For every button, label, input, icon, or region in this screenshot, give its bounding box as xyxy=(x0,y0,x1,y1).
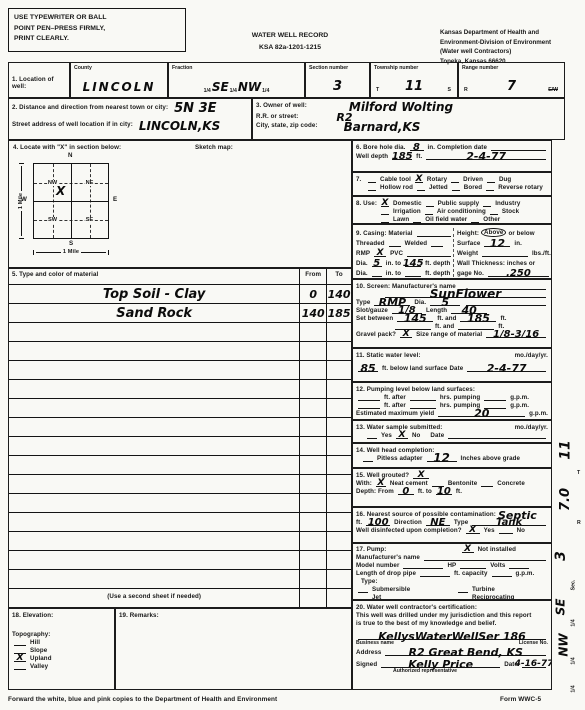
upland-label: Upland xyxy=(30,655,52,662)
section-12-pumping-level: 12. Pumping level below land surfaces: f… xyxy=(352,382,552,420)
to-cell xyxy=(326,551,351,569)
hp-field xyxy=(460,562,486,569)
quadrant-label-sw: SW xyxy=(47,217,58,223)
pumping-level-label: 12. Pumping level below land surfaces: xyxy=(356,386,475,393)
location-label: 1. Location of well: xyxy=(12,76,69,90)
to-cell xyxy=(326,532,351,550)
quarter-label: 1/4 xyxy=(230,88,237,94)
material-cell xyxy=(9,513,299,531)
surface-label: Surface xyxy=(457,240,480,247)
turbine-checkbox xyxy=(458,586,468,593)
oil-field-water-checkbox xyxy=(413,216,421,223)
to-cell: 140 xyxy=(326,285,351,303)
bore-hole-dia-field: 8 xyxy=(410,144,424,151)
surface-field: 12 xyxy=(484,240,510,247)
compass-south-label: S xyxy=(69,240,73,247)
strata-row xyxy=(9,342,351,361)
model-number-field xyxy=(403,562,443,569)
static-level-field: 85 xyxy=(358,365,378,372)
strata-row: Top Soil - Clay0140 xyxy=(9,285,351,304)
completion-date-value-field: 2-4-77 xyxy=(426,153,546,160)
section-square-diagram: NW NE SW SE X xyxy=(33,163,109,239)
section-17-pump: 17. Pump:XNot installed Manufacturer's n… xyxy=(352,543,552,600)
driven-checkbox xyxy=(451,176,459,183)
strata-row xyxy=(9,437,351,456)
license-no-label: License No. xyxy=(519,640,548,646)
material-column-header: 5. Type and color of material xyxy=(9,269,299,284)
margin-quarter-label: 1/4 xyxy=(571,619,577,626)
lawn-checkbox xyxy=(381,216,389,223)
agency-line: Environment-Division of Environment xyxy=(440,38,551,48)
to-column-header: To xyxy=(326,269,351,284)
mile-label: 1 Mile xyxy=(63,249,79,255)
disinfected-label: Well disinfected upon completion? xyxy=(356,527,462,534)
strata-table-header: 5. Type and color of material From To xyxy=(9,269,351,285)
margin-range-label: R xyxy=(577,520,581,526)
location-of-well-cell: 1. Location of well: xyxy=(8,62,70,98)
sketch-map-label: Sketch map: xyxy=(195,144,233,151)
compass-north-label: N xyxy=(68,152,72,159)
elevation-label: 18. Elevation: xyxy=(12,612,53,619)
ft-and-label: ft. and xyxy=(437,315,456,322)
set-between-field-3 xyxy=(395,323,431,330)
remarks-label: 19. Remarks: xyxy=(119,612,159,619)
set-between-field-4 xyxy=(458,323,494,330)
set-between-label: Set between xyxy=(356,315,393,322)
volts-field xyxy=(509,562,529,569)
concrete-checkbox xyxy=(481,480,493,487)
distance-label: 2. Distance and direction from nearest t… xyxy=(12,104,168,111)
topography-label: Topography: xyxy=(12,631,50,638)
contamination-type-field: Tank xyxy=(472,519,546,526)
from-cell xyxy=(299,342,326,360)
locate-label: 4. Locate with "X" in section below: xyxy=(13,144,121,151)
ft-to-label: ft. to xyxy=(418,488,432,495)
street-address-label: Street address of well location if in ci… xyxy=(12,121,133,128)
air-conditioning-label: Air conditioning xyxy=(437,208,486,215)
certification-label: 20. Water well contractor's certificatio… xyxy=(356,604,477,611)
township-number-label: Township number xyxy=(374,65,418,71)
signed-label: Signed xyxy=(356,661,377,668)
capacity-field xyxy=(492,570,512,577)
well-depth-field: 185 xyxy=(392,153,412,160)
material-cell: Sand Rock xyxy=(9,304,299,322)
material-cell xyxy=(9,551,299,569)
in-label: in. xyxy=(428,144,436,151)
date-label: Date xyxy=(449,365,463,372)
section-16-contamination: 16. Nearest source of possible contamina… xyxy=(352,507,552,543)
estimated-yield-field: 20 xyxy=(438,410,525,417)
to-cell: 185 xyxy=(326,304,351,322)
pumping-ft-field-1 xyxy=(358,394,380,401)
date-label: Date xyxy=(430,432,444,439)
form-statute: KSA 82a-1201-1215 xyxy=(222,42,358,54)
signed-date-field: 4-16-77 xyxy=(522,661,546,668)
owner-label: 3. Owner of well: xyxy=(256,102,307,109)
margin-township-value: 11 xyxy=(558,440,574,459)
sample-yes-checkbox xyxy=(367,432,377,439)
agency-line: (Water well Contractors) xyxy=(440,47,551,57)
pitless-checkbox xyxy=(363,455,373,462)
section-number-cell: Section number 3 xyxy=(305,62,370,98)
city-state-zip-label: City, state, zip code: xyxy=(256,122,318,129)
well-head-label: 14. Well head completion: xyxy=(356,447,434,454)
casing-dia-field-2 xyxy=(372,270,382,277)
margin-quarter-value-2: NW xyxy=(557,633,571,656)
domestic-checkbox: X xyxy=(381,200,389,207)
hollow-rod-checkbox xyxy=(368,184,376,191)
in-to-label: in. to xyxy=(386,260,401,267)
section-4-locate: 4. Locate with "X" in section below: Ske… xyxy=(8,140,352,268)
inches-above-grade-label: Inches above grade xyxy=(461,455,521,462)
quadrant-label-ne: NE xyxy=(85,180,95,186)
to-cell xyxy=(326,342,351,360)
above-circled: Above xyxy=(481,228,506,237)
from-cell xyxy=(299,380,326,398)
material-cell xyxy=(9,399,299,417)
range-ew-label: E/W xyxy=(548,87,558,93)
neat-cement-checkbox: X xyxy=(376,480,386,487)
valley-label: Valley xyxy=(30,663,48,670)
stock-checkbox xyxy=(490,208,498,215)
strata-rows: Top Soil - Clay0140Sand Rock140185 xyxy=(9,285,351,589)
business-name-label: Business name xyxy=(356,640,394,646)
pumping-gpm-field-1 xyxy=(484,394,506,401)
pvc-field xyxy=(407,250,451,257)
pumping-ft-field-2 xyxy=(358,402,380,409)
section-18-elevation: 18. Elevation: Topography: Hill Slope XU… xyxy=(8,608,115,690)
section-9-casing: 9. Casing: Material Height:Aboveor below… xyxy=(352,224,552,279)
typewriter-notice-box: USE TYPEWRITER OR BALL POINT PEN–PRESS F… xyxy=(8,8,186,52)
well-depth-label: Well depth xyxy=(356,153,388,160)
gage-no-field: .250 xyxy=(488,270,549,277)
from-cell xyxy=(299,361,326,379)
public-supply-checkbox xyxy=(426,200,434,207)
quarter-label: 1/4 xyxy=(204,88,211,94)
section-8-use: 8. Use: XDomestic Public supply Industry… xyxy=(352,196,552,224)
fraction-value-1: SE xyxy=(212,80,229,94)
model-number-label: Model number xyxy=(356,562,399,569)
ft-label: ft. xyxy=(416,153,422,160)
to-cell xyxy=(326,418,351,436)
size-range-label: Size range of material xyxy=(416,331,482,338)
with-label: With: xyxy=(356,480,372,487)
from-cell xyxy=(299,494,326,512)
lawn-label: Lawn xyxy=(393,216,409,223)
from-cell xyxy=(299,456,326,474)
material-cell xyxy=(9,475,299,493)
agency-address-block: Kansas Department of Health and Environm… xyxy=(440,28,551,66)
to-cell xyxy=(326,475,351,493)
oil-field-water-label: Oil field water xyxy=(425,216,467,223)
disinfected-no-checkbox xyxy=(499,527,513,534)
distance-value: 5N 3E xyxy=(174,107,216,111)
material-cell: Top Soil - Clay xyxy=(9,285,299,303)
address-field: R2 Great Bend, KS xyxy=(385,649,546,656)
grout-to-field: 10 xyxy=(436,488,452,495)
section-20-certification: 20. Water well contractor's certificatio… xyxy=(352,600,552,690)
grouted-checkbox: X xyxy=(413,472,429,479)
ft-depth-label: ft. depth xyxy=(425,260,450,267)
compass-east-label: E xyxy=(113,196,117,203)
hollow-rod-label: Hollow rod xyxy=(380,184,413,191)
drop-pipe-field xyxy=(420,570,450,577)
welded-label: Welded xyxy=(405,240,428,247)
no-label: No xyxy=(412,432,420,439)
township-value: 11 xyxy=(371,79,457,94)
pumping-hrs-field-1 xyxy=(410,394,436,401)
to-cell xyxy=(326,437,351,455)
from-cell xyxy=(299,399,326,417)
from-cell xyxy=(299,437,326,455)
strata-row xyxy=(9,475,351,494)
bored-label: Bored xyxy=(464,184,482,191)
use-label: 8. Use: xyxy=(356,200,377,207)
hp-label: HP xyxy=(447,562,456,569)
submersible-checkbox xyxy=(358,586,368,593)
screen-dia-label: Dia. xyxy=(414,299,426,306)
weight-field xyxy=(482,250,528,257)
range-number-cell: Range number R 7 E/W xyxy=(458,62,565,98)
margin-section-label: Sec. xyxy=(570,580,576,591)
direction-label: Direction xyxy=(394,519,422,526)
static-water-label: 11. Static water level: xyxy=(356,352,421,359)
from-cell xyxy=(299,570,326,588)
pump-mfr-label: Manufacturer's name xyxy=(356,554,420,561)
material-cell xyxy=(9,570,299,588)
pump-mfr-field xyxy=(424,554,546,561)
hrs-pumping-label: hrs. pumping xyxy=(440,394,480,401)
ft-label: ft. xyxy=(456,488,462,495)
fraction-cell: Fraction 1/4 SE 1/4 NW 1/4 xyxy=(168,62,305,98)
material-cell xyxy=(9,342,299,360)
ft-label: ft. xyxy=(500,315,506,322)
from-cell xyxy=(299,323,326,341)
gpm-label: g.p.m. xyxy=(510,394,529,401)
other-use-label: Other xyxy=(483,216,500,223)
in-label: in. xyxy=(514,240,522,247)
township-number-cell: Township number T 11 S xyxy=(370,62,458,98)
industry-label: Industry xyxy=(495,200,520,207)
section-13-water-sample: 13. Water sample submitted:mo./day/yr. Y… xyxy=(352,420,552,443)
quadrant-divider xyxy=(34,201,108,202)
wall-thickness-label: Wall Thickness: inches or xyxy=(457,260,535,267)
mile-scale-horizontal: 1 Mile xyxy=(33,249,109,255)
strata-row xyxy=(9,513,351,532)
irrigation-label: Irrigation xyxy=(393,208,421,215)
notice-line: PRINT CLEARLY. xyxy=(14,34,180,45)
not-installed-label: Not installed xyxy=(478,546,516,553)
certification-text-1: This well was drilled under my jurisdict… xyxy=(356,612,531,619)
distribution-instruction: Forward the white, blue and pink copies … xyxy=(8,696,277,703)
section-3-owner: 3. Owner of well: Milford Wolting R.R. o… xyxy=(252,98,565,140)
gravel-pack-label: Gravel pack? xyxy=(356,331,396,338)
other-use-checkbox xyxy=(471,216,479,223)
margin-section-value: 3 xyxy=(553,551,569,561)
material-cell xyxy=(9,494,299,512)
to-cell xyxy=(326,361,351,379)
screen-length-label: Length xyxy=(426,307,447,314)
or-below-label: or below xyxy=(508,230,534,237)
domestic-label: Domestic xyxy=(393,200,422,207)
fraction-value-2: NW xyxy=(238,80,261,94)
pump-label: 17. Pump: xyxy=(356,546,386,553)
contamination-direction-field: NE xyxy=(426,519,450,526)
pumping-hrs-field-2 xyxy=(410,402,436,409)
hill-checkbox xyxy=(14,639,26,646)
sample-date-field xyxy=(448,432,546,439)
hill-label: Hill xyxy=(30,639,40,646)
casing-depth-field: 145 xyxy=(405,260,421,267)
quadrant-label-se: SE xyxy=(85,217,94,223)
gravel-pack-checkbox: X xyxy=(400,331,412,338)
cable-tool-label: Cable tool xyxy=(380,176,411,183)
grout-depth-label: Depth: From xyxy=(356,488,394,495)
section-number-label: Section number xyxy=(309,65,348,71)
strata-row xyxy=(9,570,351,589)
date-format-label: mo./day/yr. xyxy=(515,424,548,431)
margin-quarter-label: 1/4 xyxy=(571,657,577,664)
strata-row xyxy=(9,323,351,342)
to-cell xyxy=(326,513,351,531)
reverse-rotary-checkbox xyxy=(486,184,494,191)
margin-quarter-value-1: SE xyxy=(553,599,567,616)
to-cell xyxy=(326,323,351,341)
section-11-static-water: 11. Static water level:mo./day/yr. 85ft.… xyxy=(352,348,552,382)
street-address-value: LINCOLN,KS xyxy=(139,124,220,128)
driven-label: Driven xyxy=(463,176,483,183)
set-between-field-2: 185 xyxy=(460,315,496,322)
agency-line: Kansas Department of Health and xyxy=(440,28,551,38)
disinfected-yes-checkbox: X xyxy=(466,527,480,534)
range-number-label: Range number xyxy=(462,65,498,71)
from-cell xyxy=(299,513,326,531)
lbs-ft-label: lbs./ft. xyxy=(532,250,551,257)
address-label: Address xyxy=(356,649,381,656)
screen-spare-field xyxy=(466,299,546,306)
stock-label: Stock xyxy=(502,208,519,215)
margin-township-label: T xyxy=(577,470,580,476)
material-cell xyxy=(9,361,299,379)
jetted-label: Jetted xyxy=(429,184,448,191)
dia-label: Dia. xyxy=(356,260,368,267)
rotary-checkbox: X xyxy=(415,176,423,183)
casing-dia-field: 5 xyxy=(372,260,382,267)
not-installed-checkbox: X xyxy=(462,546,474,553)
section-14-well-head: 14. Well head completion: Pitless adapte… xyxy=(352,443,552,468)
no-label: No xyxy=(517,527,525,534)
strata-row xyxy=(9,361,351,380)
signature-field: Kelly Price xyxy=(381,661,500,668)
rmp-checkbox: X xyxy=(374,250,386,257)
material-cell xyxy=(9,532,299,550)
county-cell: County LINCOLN xyxy=(70,62,168,98)
bentonite-label: Bentonite xyxy=(448,480,477,487)
section-19-remarks: 19. Remarks: xyxy=(115,608,352,690)
form-title: WATER WELL RECORD xyxy=(222,30,358,42)
section-number-value: 3 xyxy=(306,79,369,94)
notice-line: USE TYPEWRITER OR BALL xyxy=(14,13,180,24)
pvc-label: PVC xyxy=(390,250,403,257)
threaded-field xyxy=(389,240,401,247)
from-column-header: From xyxy=(299,269,326,284)
gage-no-label: gage No. xyxy=(457,270,484,277)
certification-text-2: is true to the best of my knowledge and … xyxy=(356,620,497,627)
casing-material-label: 9. Casing: Material xyxy=(356,230,413,237)
to-cell xyxy=(326,570,351,588)
strata-row xyxy=(9,494,351,513)
to-cell xyxy=(326,399,351,417)
drop-pipe-label: Length of drop pipe xyxy=(356,570,416,577)
jetted-checkbox xyxy=(417,184,425,191)
gpm-label: g.p.m. xyxy=(529,410,548,417)
slope-label: Slope xyxy=(30,647,47,654)
township-s-label: S xyxy=(448,87,451,93)
notice-line: POINT PEN–PRESS FIRMLY, xyxy=(14,24,180,35)
rotary-label: Rotary xyxy=(427,176,447,183)
upland-checkbox: X xyxy=(14,655,26,662)
static-date-field: 2-4-77 xyxy=(467,365,546,372)
section-10-screen: 10. Screen: Manufacturer's name SunFlowe… xyxy=(352,279,552,348)
to-cell xyxy=(326,456,351,474)
cable-tool-checkbox xyxy=(368,176,376,183)
strata-row xyxy=(9,456,351,475)
industry-checkbox xyxy=(483,200,491,207)
material-cell xyxy=(9,380,299,398)
from-cell: 140 xyxy=(299,304,326,322)
casing-height-label: Height: xyxy=(457,230,479,237)
rr-street-label: R.R. or street: xyxy=(256,113,298,120)
submersible-label: Submersible xyxy=(372,586,410,593)
mile-label: 1 Mile xyxy=(18,193,24,209)
from-cell xyxy=(299,418,326,436)
strata-row: Sand Rock140185 xyxy=(9,304,351,323)
section-15-grouted: 15. Well grouted?X With:XNeat cementBent… xyxy=(352,468,552,507)
welded-field xyxy=(431,240,443,247)
form-body: 1. Location of well: County LINCOLN Frac… xyxy=(8,62,565,690)
gpm-label: g.p.m. xyxy=(510,402,529,409)
type-label: Type xyxy=(454,519,468,526)
well-location-x-mark: X xyxy=(56,186,65,196)
material-cell xyxy=(9,323,299,341)
mile-scale-vertical: 1 Mile xyxy=(18,163,24,239)
to-cell xyxy=(326,380,351,398)
from-cell xyxy=(299,551,326,569)
sample-no-checkbox: X xyxy=(396,432,408,439)
city-state-zip-value: Barnard,KS xyxy=(344,125,421,129)
business-name-field: KellysWaterWellSer 186 xyxy=(358,633,546,640)
gpm-label: g.p.m. xyxy=(516,570,535,577)
ft-capacity-label: ft. capacity xyxy=(454,570,488,577)
county-value: LINCOLN xyxy=(71,80,167,94)
from-cell xyxy=(299,532,326,550)
contamination-distance-field: 100 xyxy=(366,519,390,526)
screen-mfr-value-field: SunFlower xyxy=(385,291,546,298)
strata-row xyxy=(9,418,351,437)
grout-from-field: 0 xyxy=(398,488,414,495)
yes-label: Yes xyxy=(484,527,495,534)
estimated-yield-label: Estimated maximum yield xyxy=(356,410,434,417)
reverse-rotary-label: Reverse rotary xyxy=(498,184,543,191)
fraction-label: Fraction xyxy=(172,65,192,71)
bore-hole-dia-label: 6. Bore hole dia. xyxy=(356,144,406,151)
dia-label: Dia. xyxy=(356,270,368,277)
strata-row xyxy=(9,399,351,418)
strata-row xyxy=(9,551,351,570)
concrete-label: Concrete xyxy=(497,480,525,487)
valley-checkbox xyxy=(14,663,26,670)
turbine-label: Turbine xyxy=(472,586,495,593)
